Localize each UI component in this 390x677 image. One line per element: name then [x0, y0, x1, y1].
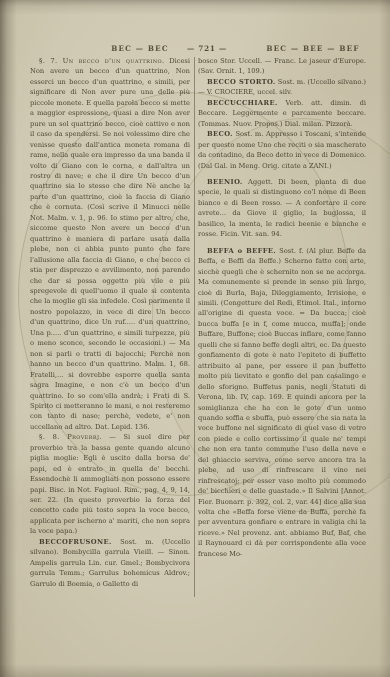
header-right-guideword: BEC — BEE — BEF	[233, 44, 390, 53]
para-head: §. 7. Un becco d'un quattrino.	[39, 57, 165, 65]
entry-headword: BECCOFRUSONE.	[39, 538, 112, 546]
entry-headword: BECO.	[207, 130, 233, 138]
entry-headword: BECCUCCHIARE.	[207, 99, 278, 107]
entry-headword: BECCO STORTO.	[207, 78, 276, 86]
entry-beccofrusone: BECCOFRUSONE. Sost. m. (Uccello silvano)…	[30, 537, 190, 589]
column-left: §. 7. Un becco d'un quattrino. Dicesi No…	[30, 56, 190, 602]
entry-continuation: bosco Stor. Uccell. — Franc. Le jaseur d…	[198, 56, 366, 77]
entry-text: Sost. f. (Al plur. Beffe da Beffa, e Bef…	[198, 247, 366, 558]
text-columns: §. 7. Un becco d'un quattrino. Dicesi No…	[30, 56, 366, 602]
column-divider-rule	[194, 57, 195, 597]
para-section-8-proverbs: §. 8. Proverbj. — Si suol dire per prove…	[30, 432, 190, 537]
entry-becco-storto: BECCO STORTO. Sost. m. (Uccello silvano.…	[198, 77, 366, 98]
entry-beffa: BEFFA o BEFFE. Sost. f. (Al plur. Beffe …	[198, 246, 366, 560]
entry-beccucchiare: BECCUCCHIARE. Verb. att. dimin. di Becca…	[198, 98, 366, 129]
entry-headword: BEFFA o BEFFE.	[207, 247, 276, 255]
running-header: BEC — BEC — 721 — BEC — BEE — BEF	[0, 44, 390, 56]
para-text: Si suol dire per proverbio tra la bassa …	[30, 433, 190, 535]
entry-text: Aggett. Di been, pianta di due specie, l…	[198, 178, 366, 238]
para-text: Dicesi Non avere un becco d'un quattrino…	[30, 57, 190, 431]
entry-text: bosco Stor. Uccell. — Franc. Le jaseur d…	[198, 57, 366, 75]
entry-headword: BEENIO.	[207, 178, 243, 186]
para-section-7: §. 7. Un becco d'un quattrino. Dicesi No…	[30, 56, 190, 432]
entry-beco: BECO. Sost. m. Appresso i Toscani, s'int…	[198, 129, 366, 171]
scanned-book-page: BEC — BEC — 721 — BEC — BEE — BEF §. 7. …	[0, 0, 390, 677]
column-right: bosco Stor. Uccell. — Franc. Le jaseur d…	[198, 56, 366, 602]
entry-beenio: BEENIO. Aggett. Di been, pianta di due s…	[198, 177, 366, 240]
para-head: §. 8. Proverbj. —	[39, 433, 116, 441]
